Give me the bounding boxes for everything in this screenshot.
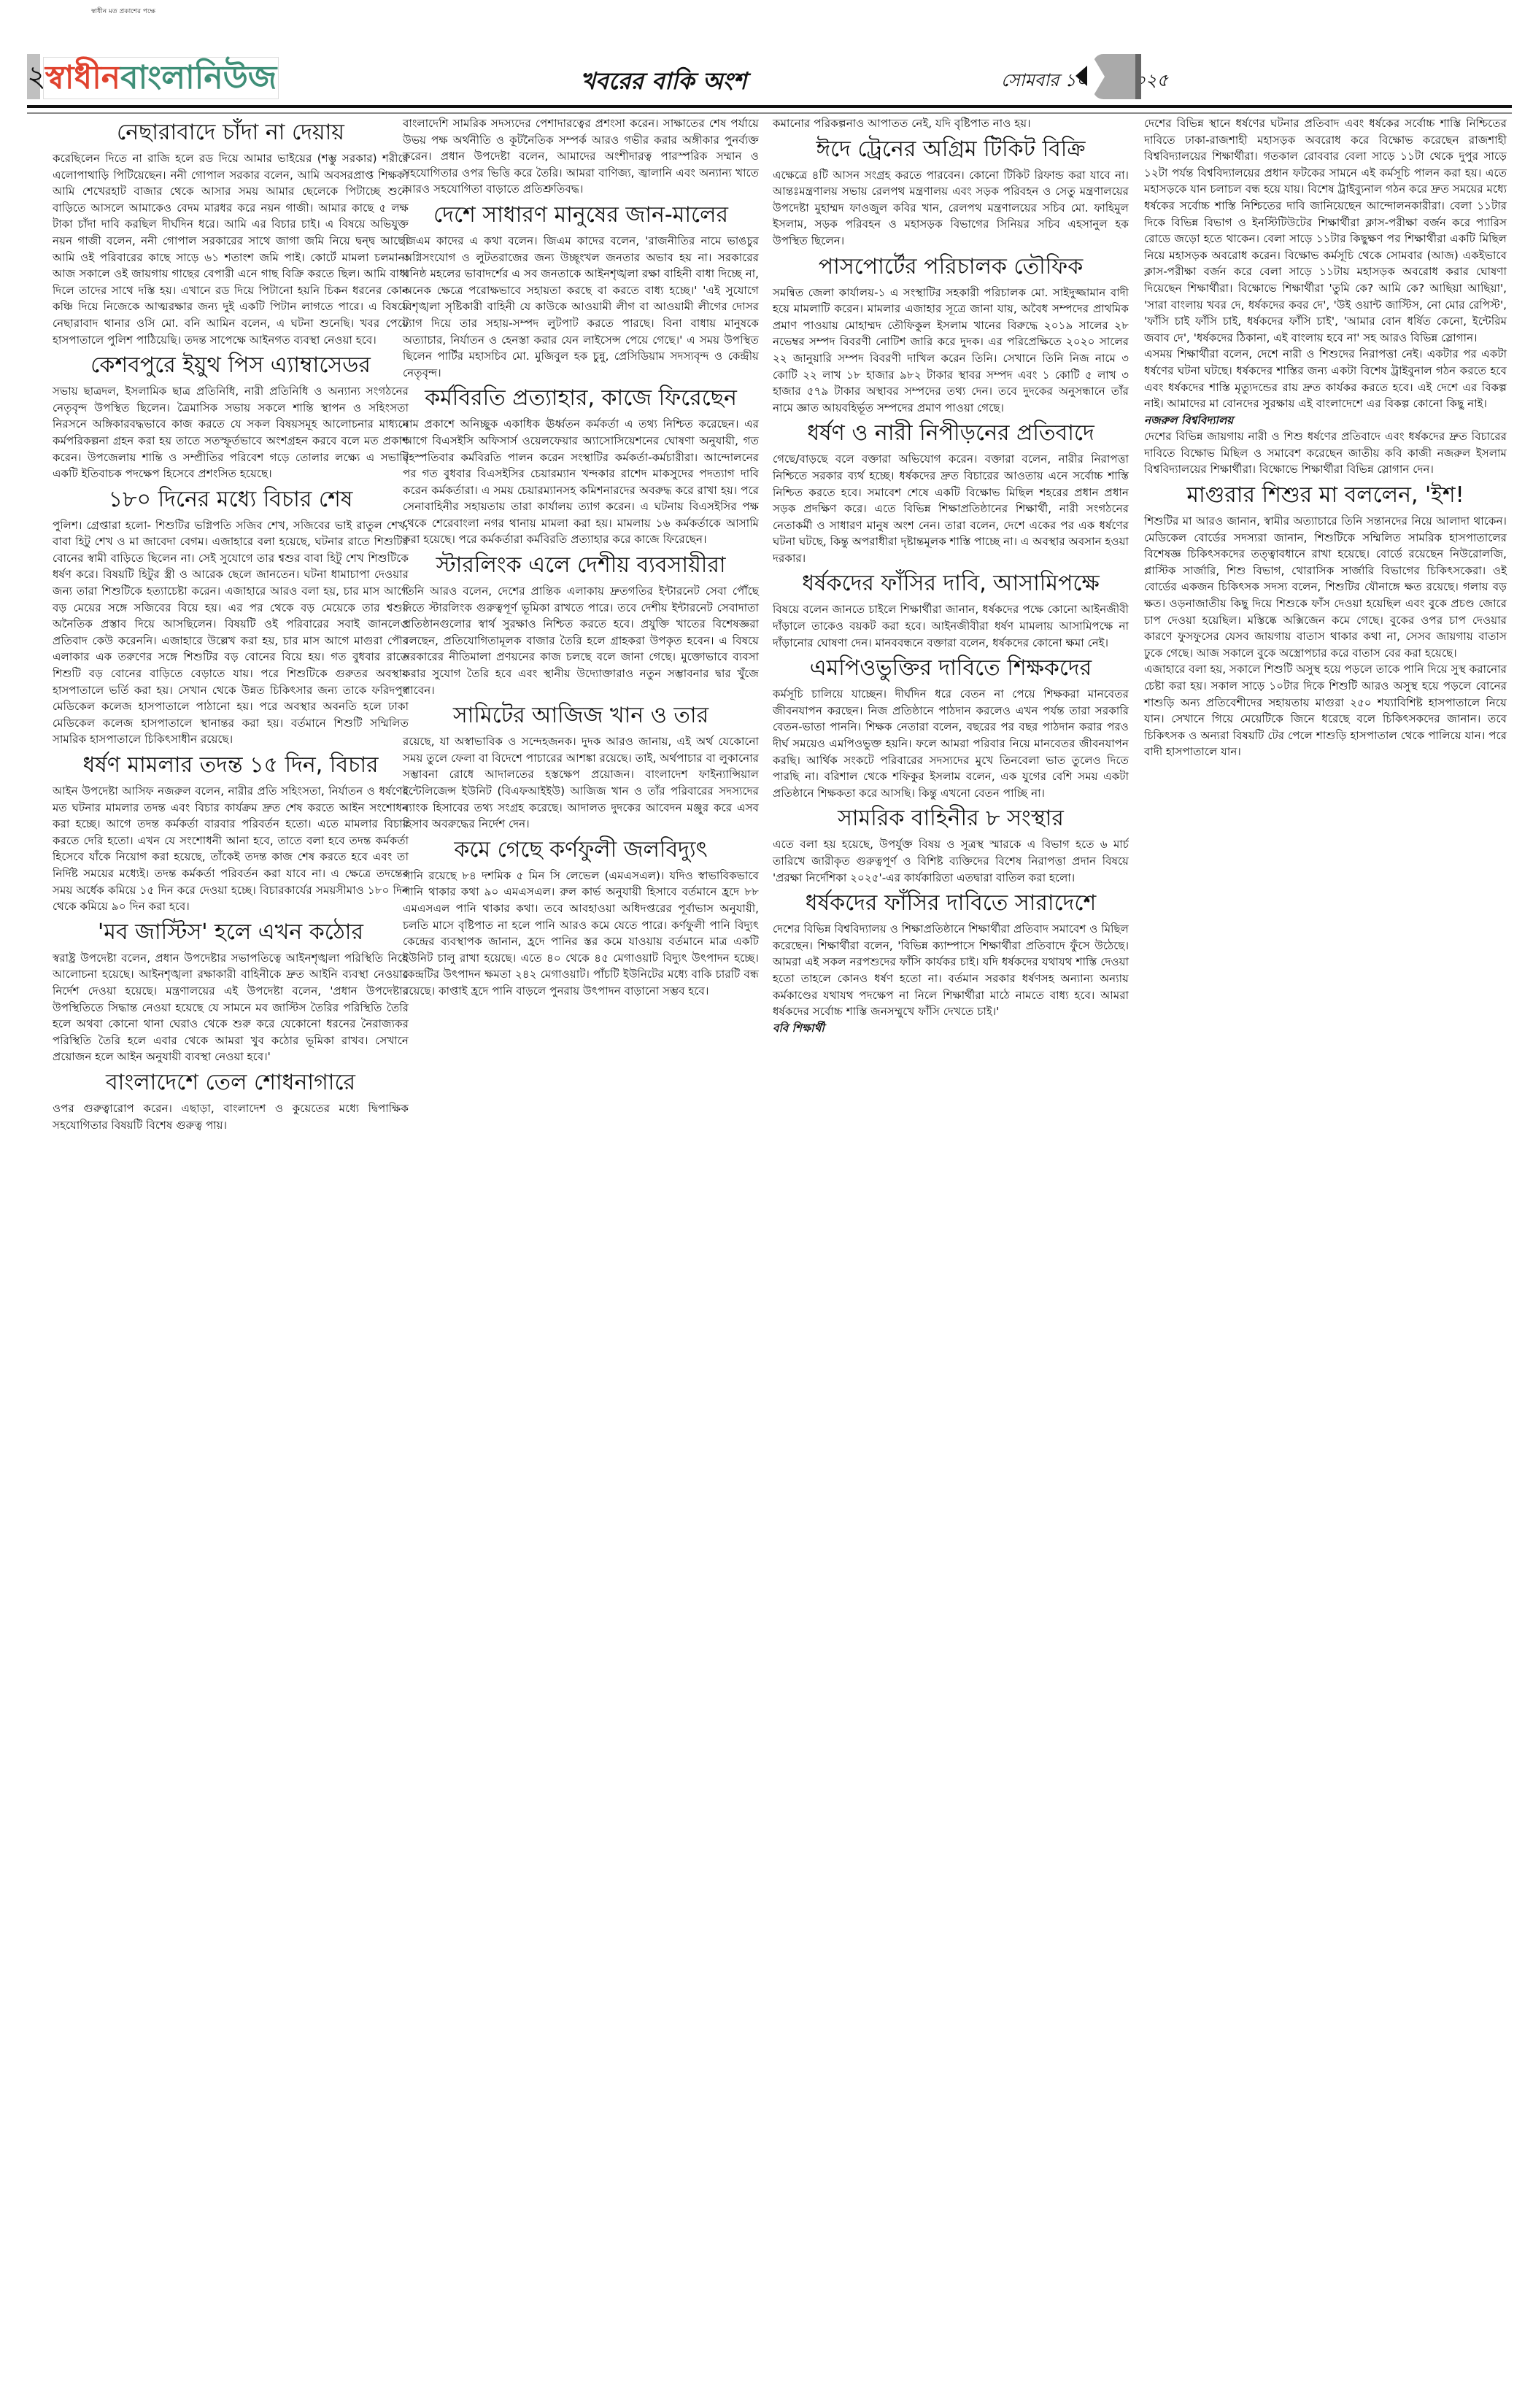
article-body: দেশের বিভিন্ন জায়গায় নারী ও শিশু ধর্ষণ… [1144,428,1507,478]
headline[interactable]: মাগুরার শিশুর মা বললেন, 'ইশ! [1144,479,1507,512]
article-body: সভায় ছাত্রদল, ইসলামিক ছাত্র প্রতিনিধি, … [53,383,409,482]
article-body: রয়েছে, যা অস্বাভাবিক ও সন্দেহজনক। দুদক … [403,733,759,833]
headline[interactable]: এমপিওভুক্তির দাবিতে শিক্ষকদের [773,652,1129,684]
headline[interactable]: কর্মবিরতি প্রত্যাহার, কাজে ফিরেছেন [403,382,759,414]
article-body: স্বরাষ্ট্র উপদেষ্টা বলেন, প্রধান উপদেষ্ট… [53,950,409,1065]
subheading: নজরুল বিশ্ববিদ্যালয় [1144,412,1507,429]
page-number: ২ [27,54,40,99]
headline[interactable]: পাসপোর্টের পরিচালক তৌফিক [773,251,1129,283]
headline[interactable]: কমে গেছে কর্ণফুলী জলবিদ্যুৎ [403,834,759,866]
masthead: ২ স্বাধীনবাংলানিউজ খবরের বাকি অংশ সোমবার… [27,53,1512,101]
logo-part-green: বাংলানিউজ [120,59,277,96]
column-1: নেছারাবাদে চাঁদা না দেয়ায় করেছিলেন দিত… [53,115,409,1133]
page-tab-icon [1076,54,1141,99]
newspaper-logo[interactable]: স্বাধীনবাংলানিউজ [43,57,279,99]
article-body: দেশের বিভিন্ন স্থানে ধর্ষণের ঘটনার প্রতি… [1144,115,1507,346]
article-body: গেছে/বাড়ছে বলে বক্তারা অভিযোগ করেন। বক্… [773,451,1129,566]
article-body: দেশের বিভিন্ন বিশ্ববিদ্যালয় ও শিক্ষাপ্র… [773,921,1129,1020]
tab-notch [1093,57,1105,96]
headline[interactable]: ১৮০ দিনের মধ্যে বিচার শেষ [53,484,409,516]
headline[interactable]: স্টারলিংক এলে দেশীয় ব্যবসায়ীরা [403,549,759,582]
article-body: ওপর গুরুত্বারোপ করেন। এছাড়া, বাংলাদেশ ও… [53,1100,409,1133]
article-body: পুলিশ। গ্রেপ্তারা হলো- শিশুটির ভগ্নিপতি … [53,517,409,748]
headline[interactable]: ধর্ষণ মামলার তদন্ত ১৫ দিন, বিচার [53,749,409,782]
column-2: বাংলাদেশি সামরিক সদস্যদের পেশাদারত্বের প… [403,115,759,1000]
article-body: নাম প্রকাশে অনিচ্ছুক একাধিক ঊর্ধ্বতন কর্… [403,416,759,548]
tab-bar [1135,54,1141,99]
left-arrow-icon [1076,66,1087,86]
headline[interactable]: নেছারাবাদে চাঁদা না দেয়ায় [53,117,409,149]
headline[interactable]: সামিটের আজিজ খান ও তার [403,700,759,732]
article-body: জিএম কাদের এ কথা বলেন। জিএম কাদের বলেন, … [403,233,759,381]
article-body: করেছিলেন দিতে না রাজি হলে রড দিয়ে আমার … [53,150,409,348]
byline: ববি শিক্ষার্থী [773,1020,1129,1037]
article-body: বাংলাদেশি সামরিক সদস্যদের পেশাদারত্বের প… [403,115,759,198]
column-3: কমানোর পরিকল্পনাও আপাতত নেই, যদি বৃষ্টিপ… [773,115,1129,1036]
headline[interactable]: দেশে সাধারণ মানুষের জান-মালের [403,199,759,231]
headline[interactable]: সামরিক বাহিনীর ৮ সংস্থার [773,803,1129,835]
article-body: আইন উপদেষ্টা আসিফ নজরুল বলেন, নারীর প্রত… [53,783,409,915]
headline[interactable]: ধর্ষণ ও নারী নিপীড়নের প্রতিবাদে [773,417,1129,449]
article-body: এজাহারে বলা হয়, সকালে শিশুটি অসুস্থ হয়… [1144,661,1507,760]
article-body: পানি রয়েছে ৮৪ দশমিক ৫ মিন সি লেভেল (এমএ… [403,868,759,1000]
logo-part-red: স্বাধীন [45,59,120,96]
article-body: তিনি আরও বলেন, দেশের প্রান্তিক এলাকায় দ… [403,583,759,698]
article-body: এতে বলা হয় হয়েছে, উপর্যুক্ত বিষয় ও সূ… [773,836,1129,886]
article-body: বিষয়ে বলেন জানতে চাইলে শিক্ষার্থীরা জান… [773,601,1129,651]
article-body: শিশুটির মা আরও জানান, স্বামীর অত্যাচারে … [1144,513,1507,661]
headline[interactable]: ধর্ষকদের ফাঁসির দাবিতে সারাদেশে [773,887,1129,919]
article-body: কর্মসূচি চালিয়ে যাচ্ছেন। দীর্ঘদিন ধরে ব… [773,686,1129,801]
section-title: খবরের বাকি অংশ [580,63,746,102]
headline[interactable]: 'মব জাস্টিস' হলে এখন কঠোর [53,916,409,949]
headline[interactable]: ধর্ষকদের ফাঁসির দাবি, আসামিপক্ষে [773,568,1129,600]
article-body: কমানোর পরিকল্পনাও আপাতত নেই, যদি বৃষ্টিপ… [773,115,1129,132]
column-4: দেশের বিভিন্ন স্থানে ধর্ষণের ঘটনার প্রতি… [1144,115,1507,760]
article-body: সমন্বিত জেলা কার্যালয়-১ এ সংস্থাটির সহক… [773,285,1129,417]
headline[interactable]: কেশবপুরে ইয়ুথ পিস এ্যাম্বাসেডর [53,350,409,382]
headline[interactable]: ঈদে ট্রেনের অগ্রিম টিকিট বিক্রি [773,134,1129,166]
article-body: এক্ষেত্রে ৪টি আসন সংগ্রহ করতে পারবেন। কো… [773,167,1129,250]
top-note: স্বাধীন মত প্রকাশের পক্ষে [91,6,155,17]
headline[interactable]: বাংলাদেশে তেল শোধনাগারে [53,1067,409,1099]
masthead-rule [27,105,1512,114]
article-body: এসময় শিক্ষার্থীরা বলেন, দেশে নারী ও শিশ… [1144,346,1507,412]
